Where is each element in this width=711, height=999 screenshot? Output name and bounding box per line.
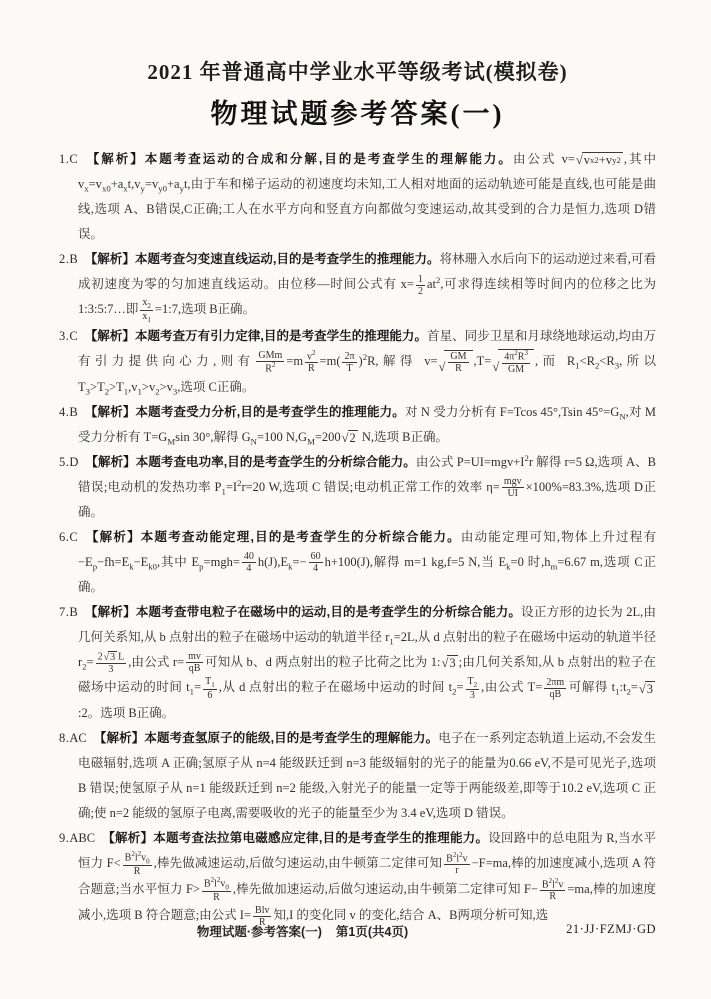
item-answer: B <box>69 252 77 266</box>
answer-item-7: 7.B【解析】本题考查带电粒子在磁场中的运动,目的是考查学生的分析综合能力。设正… <box>59 600 656 726</box>
footer-exam-code: 21·JJ·FZMJ·GD <box>566 922 656 937</box>
answer-item-9: 9.ABC【解析】本题考查法拉第电磁感应定律,目的是考查学生的推理能力。设回路中… <box>59 826 656 929</box>
item-answer: C <box>69 329 77 343</box>
footer-page-number: 第1页(共4页) <box>336 925 408 939</box>
answer-item-5: 5.D【解析】本题考查电功率,目的是考查学生的分析综合能力。由公式 P=UI=m… <box>59 450 656 525</box>
item-answer: B <box>69 405 77 419</box>
item-number: 6. <box>59 530 69 544</box>
item-explanation: 设正方形的边长为 2L,由几何关系知,从 b 点射出的粒子在磁场中运动的轨道半径… <box>78 605 656 720</box>
page-footer: 物理试题·参考答案(一)第1页(共4页) 21·JJ·FZMJ·GD <box>59 922 656 946</box>
item-analysis-heading: 【解析】本题考查万有引力定律,目的是考查学生的推理能力。 <box>85 329 427 343</box>
item-number: 3. <box>59 329 69 343</box>
answer-item-1: 1.C【解析】本题考查运动的合成和分解,目的是考查学生的理解能力。由公式 v=√… <box>59 147 656 247</box>
item-answer: AC <box>69 731 86 745</box>
item-analysis-heading: 【解析】本题考查运动的合成和分解,目的是考查学生的理解能力。 <box>85 152 513 166</box>
item-number: 8. <box>59 731 69 745</box>
item-answer: D <box>69 455 78 469</box>
page-content: 2021 年普通高中学业水平等级考试(模拟卷) 物理试题参考答案(一) 1.C【… <box>59 0 656 928</box>
item-number: 5. <box>59 455 69 469</box>
item-analysis-heading: 【解析】本题考查电功率,目的是考查学生的分析综合能力。 <box>85 455 415 469</box>
item-answer: ABC <box>69 831 95 845</box>
answer-item-2: 2.B【解析】本题考查匀变速直线运动,目的是考查学生的推理能力。将林珊入水后向下… <box>59 247 656 324</box>
item-analysis-heading: 【解析】本题考查动能定理,目的是考查学生的分析综合能力。 <box>85 530 461 544</box>
item-analysis-heading: 【解析】本题考查匀变速直线运动,目的是考查学生的推理能力。 <box>85 252 440 266</box>
item-answer: C <box>69 530 77 544</box>
footer-doc-label: 物理试题·参考答案(一) <box>197 925 322 939</box>
item-analysis-heading: 【解析】本题考查氢原子的能级,目的是考查学生的理解能力。 <box>94 731 439 745</box>
answer-item-4: 4.B【解析】本题考查受力分析,目的是考查学生的推理能力。对 N 受力分析有 F… <box>59 400 656 450</box>
footer-title: 物理试题·参考答案(一)第1页(共4页) <box>59 922 546 940</box>
exam-answer-page: 2021 年普通高中学业水平等级考试(模拟卷) 物理试题参考答案(一) 1.C【… <box>0 0 711 999</box>
item-number: 9. <box>59 831 69 845</box>
item-analysis-heading: 【解析】本题考查受力分析,目的是考查学生的推理能力。 <box>85 405 405 419</box>
answer-list: 1.C【解析】本题考查运动的合成和分解,目的是考查学生的理解能力。由公式 v=√… <box>59 147 656 928</box>
item-analysis-heading: 【解析】本题考查法拉第电磁感应定律,目的是考查学生的推理能力。 <box>102 831 488 845</box>
item-answer: C <box>69 152 77 166</box>
item-number: 4. <box>59 405 69 419</box>
answer-item-3: 3.C【解析】本题考查万有引力定律,目的是考查学生的推理能力。首星、同步卫星和月… <box>59 324 656 400</box>
exam-title: 2021 年普通高中学业水平等级考试(模拟卷) <box>59 56 656 86</box>
item-number: 7. <box>59 605 69 619</box>
page-title: 物理试题参考答案(一) <box>59 92 656 131</box>
answer-item-8: 8.AC【解析】本题考查氢原子的能级,目的是考查学生的理解能力。电子在一系列定态… <box>59 726 656 826</box>
answer-item-6: 6.C【解析】本题考查动能定理,目的是考查学生的分析综合能力。由动能定理可知,物… <box>59 525 656 600</box>
item-analysis-heading: 【解析】本题考查带电粒子在磁场中的运动,目的是考查学生的分析综合能力。 <box>85 605 521 619</box>
item-answer: B <box>69 605 77 619</box>
item-number: 2. <box>59 252 69 266</box>
item-number: 1. <box>59 152 69 166</box>
